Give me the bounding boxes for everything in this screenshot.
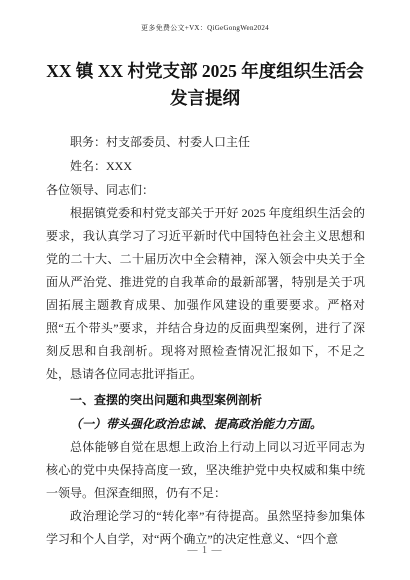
document-title-line-1: XX 镇 XX 村党支部 2025 年度组织生活会 bbox=[0, 58, 410, 85]
subsection-paragraph-1: 总体能够自觉在思想上政治上行动上同以习近平同志为核心的党中央保持高度一致，坚决维… bbox=[46, 436, 365, 505]
document-page: 更多免费公文+VX：QiGeGongWen2024 XX 镇 XX 村党支部 2… bbox=[0, 0, 410, 580]
page-number: — 1 — bbox=[0, 545, 410, 556]
position-line: 职务：村支部委员、村委人口主任 bbox=[46, 130, 365, 154]
section-1-subsection-1-heading: （一）带头强化政治忠诚、提高政治能力方面。 bbox=[46, 412, 365, 436]
intro-paragraph: 根据镇党委和村党支部关于开好 2025 年度组织生活会的要求，我认真学习了习近平… bbox=[46, 202, 365, 386]
document-title-line-2: 发言提纲 bbox=[0, 85, 410, 112]
section-1-heading: 一、查摆的突出问题和典型案例剖析 bbox=[46, 388, 365, 412]
header-watermark-note: 更多免费公文+VX：QiGeGongWen2024 bbox=[0, 0, 410, 33]
name-line: 姓名：XXX bbox=[46, 154, 365, 178]
salutation-line: 各位领导、同志们： bbox=[46, 178, 365, 202]
document-body: 职务：村支部委员、村委人口主任 姓名：XXX 各位领导、同志们： 根据镇党委和村… bbox=[46, 130, 365, 551]
document-title: XX 镇 XX 村党支部 2025 年度组织生活会 发言提纲 bbox=[0, 58, 410, 112]
